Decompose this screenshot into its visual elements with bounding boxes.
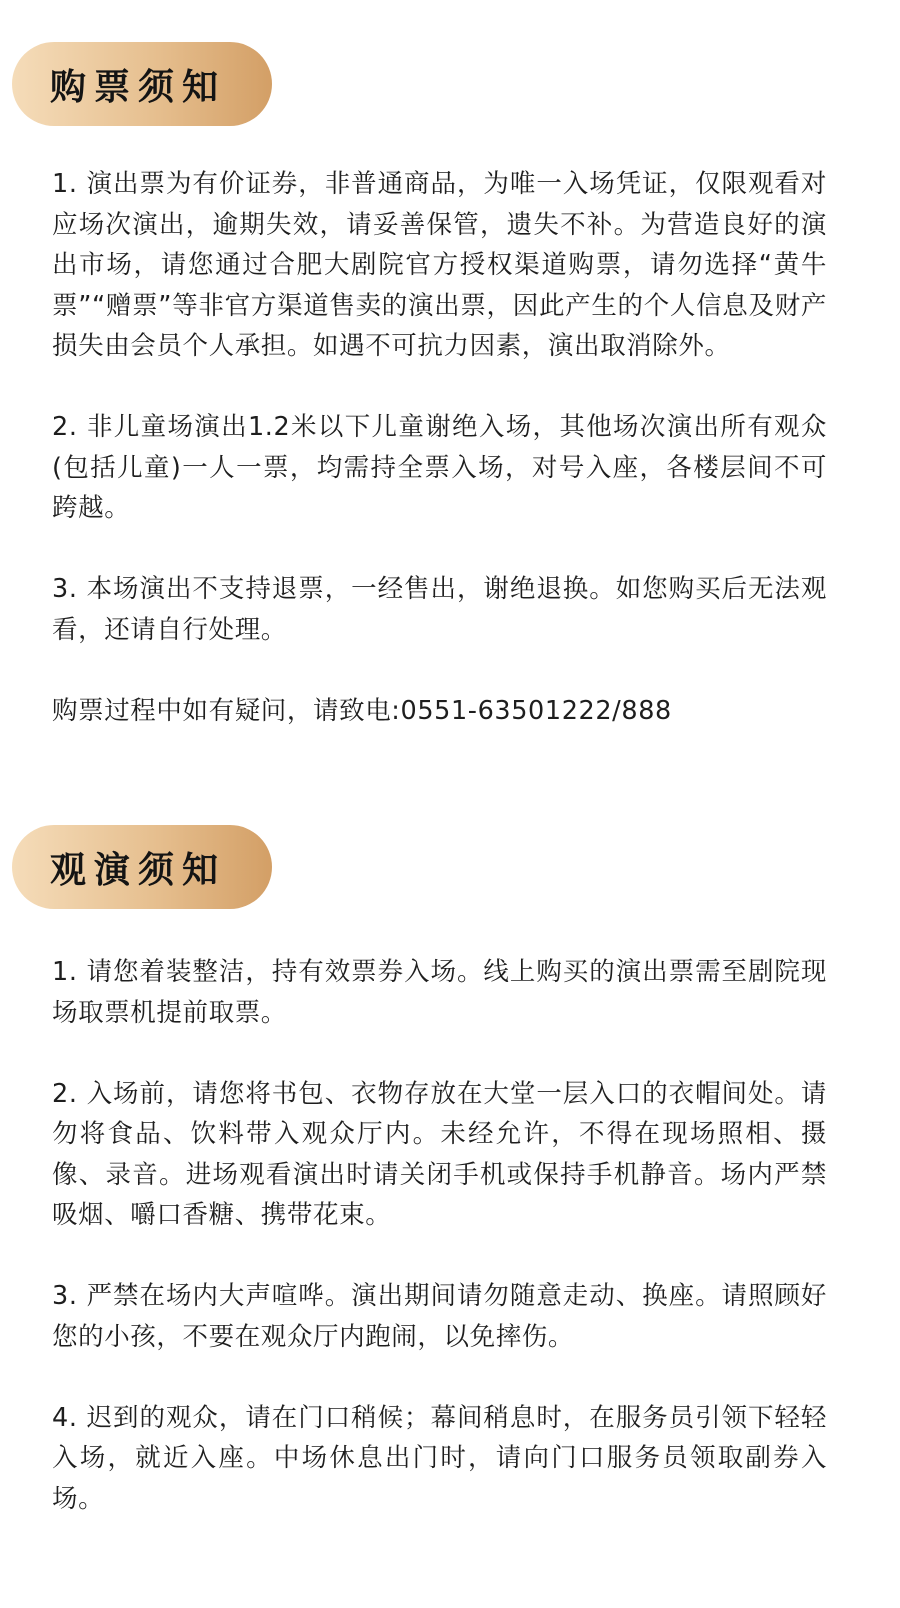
- section-title-ticket-purchase: 购票须知: [12, 42, 272, 126]
- section-title-text: 观演须知: [50, 842, 226, 893]
- notice-paragraph: 1. 演出票为有价证券，非普通商品，为唯一入场凭证，仅限观看对应场次演出，逾期失…: [52, 164, 827, 367]
- notice-paragraph: 4. 迟到的观众，请在门口稍候；幕间稍息时，在服务员引领下轻轻入场，就近入座。中…: [52, 1398, 827, 1520]
- notice-paragraph: 2. 入场前，请您将书包、衣物存放在大堂一层入口的衣帽间处。请勿将食品、饮料带入…: [52, 1074, 827, 1236]
- viewing-guidelines-notes: 1. 请您着装整洁，持有效票券入场。线上购买的演出票需至剧院现场取票机提前取票。…: [52, 952, 827, 1519]
- contact-phone-text: 购票过程中如有疑问，请致电:0551-63501222/888: [52, 691, 827, 732]
- notice-paragraph: 2. 非儿童场演出1.2米以下儿童谢绝入场，其他场次演出所有观众(包括儿童)一人…: [52, 407, 827, 529]
- ticket-purchase-notes: 1. 演出票为有价证券，非普通商品，为唯一入场凭证，仅限观看对应场次演出，逾期失…: [52, 164, 827, 731]
- section-title-viewing-guidelines: 观演须知: [12, 825, 272, 909]
- section-title-text: 购票须知: [50, 59, 226, 110]
- notice-paragraph: 1. 请您着装整洁，持有效票券入场。线上购买的演出票需至剧院现场取票机提前取票。: [52, 952, 827, 1033]
- notice-paragraph: 3. 本场演出不支持退票，一经售出，谢绝退换。如您购买后无法观看，还请自行处理。: [52, 569, 827, 650]
- notice-paragraph: 3. 严禁在场内大声喧哗。演出期间请勿随意走动、换座。请照顾好您的小孩，不要在观…: [52, 1276, 827, 1357]
